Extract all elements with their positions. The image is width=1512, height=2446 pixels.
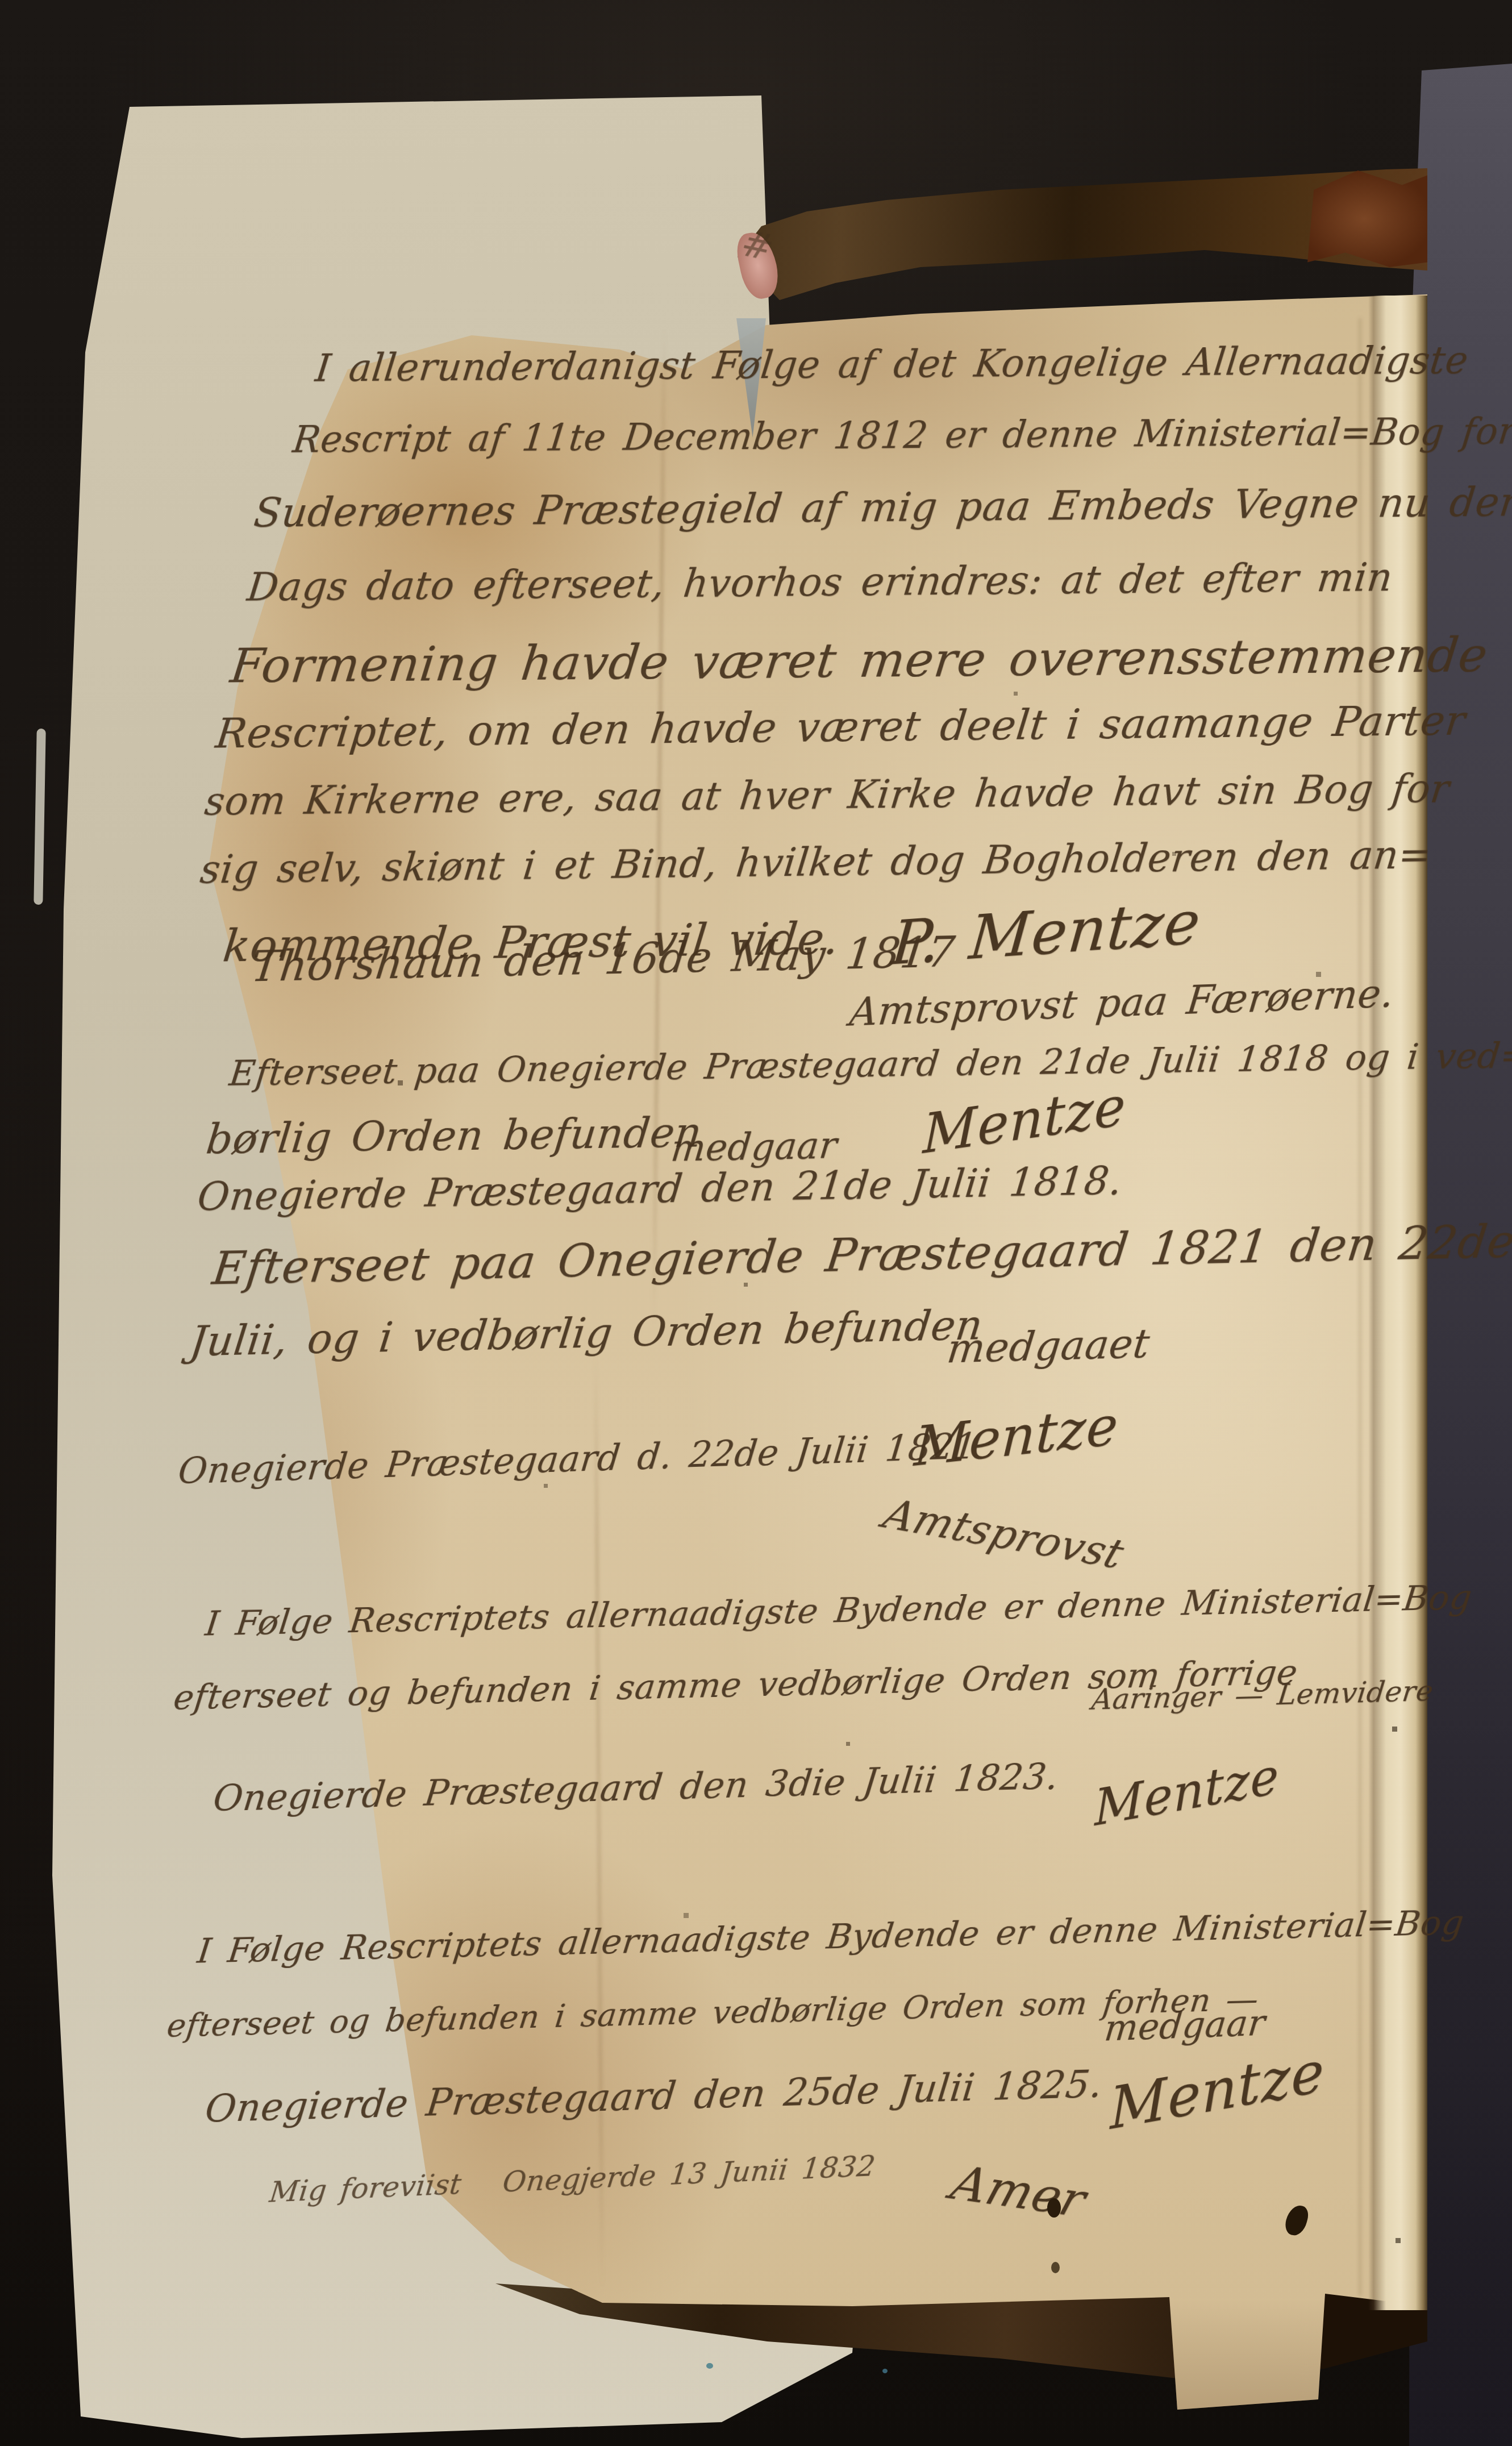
worm-hole-upper bbox=[1047, 2198, 1061, 2218]
scanned-manuscript-background: # I allerunderdanigst Følge af det Konge… bbox=[0, 0, 1512, 2446]
preamble-line-1: I allerunderdanigst Følge af det Kongeli… bbox=[313, 339, 1471, 390]
blue-speck-right bbox=[882, 2369, 888, 2373]
curl-shadow-right bbox=[1359, 318, 1361, 2296]
blue-speck-left bbox=[706, 2363, 713, 2369]
worm-hole-lower bbox=[1051, 2262, 1060, 2273]
entry-1818-line-2: børlig Orden befunden bbox=[204, 1108, 705, 1163]
entry-1818-tail-word: medgaar bbox=[669, 1125, 839, 1170]
entry-1825-tail-word: medgaar bbox=[1102, 2002, 1267, 2049]
preamble-line-2: Rescript af 11te December 1812 er denne … bbox=[290, 411, 1512, 461]
entry-1821-tail-word: medgaaet bbox=[945, 1320, 1152, 1372]
ink-flyspecks bbox=[0, 0, 3, 3]
board-torn-edge-highlight bbox=[34, 729, 45, 905]
preamble-line-5: Formening havde været mere overensstemme… bbox=[228, 626, 1512, 693]
